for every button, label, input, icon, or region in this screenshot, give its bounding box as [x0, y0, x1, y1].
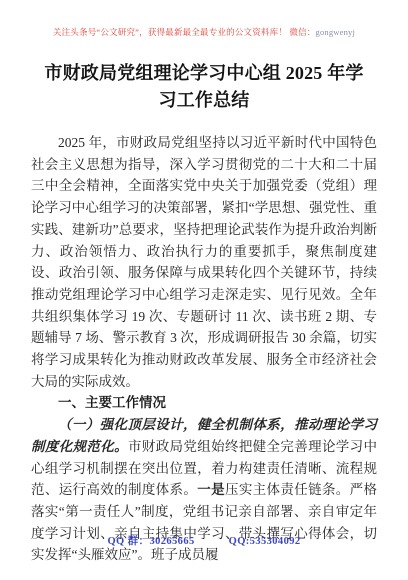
text-segment-bold: 一是	[197, 482, 225, 497]
wechat-id: gongwenyj	[316, 27, 356, 37]
qq-label: QQ:	[229, 536, 250, 547]
qq-group-number: 30265665	[149, 536, 194, 547]
intro-paragraph: 2025 年，市财政局党组坚持以习近平新时代中国特色社会主义思想为指导，深入学习…	[31, 132, 377, 392]
document-body: 2025 年，市财政局党组坚持以习近平新时代中国特色社会主义思想为指导，深入学习…	[31, 132, 377, 566]
section-heading: 一、主要工作情况	[31, 392, 377, 414]
wechat-label: 微信：	[289, 27, 315, 37]
qq-group-label: QQ 群：	[107, 536, 149, 547]
promo-header: 关注头条号“公文研究”，获得最新最全最专业的公文资料库！ 微信：gongweny…	[0, 26, 408, 38]
promo-text: 关注头条号“公文研究”，获得最新最全最专业的公文资料库！	[53, 27, 289, 37]
document-title: 市财政局党组理论学习中心组 2025 年学习工作总结	[42, 60, 366, 114]
document-page: 关注头条号“公文研究”，获得最新最全最专业的公文资料库！ 微信：gongweny…	[0, 0, 408, 580]
qq-number: 535304092	[250, 536, 301, 547]
contact-footer: QQ 群：30265665QQ:535304092	[0, 535, 408, 549]
